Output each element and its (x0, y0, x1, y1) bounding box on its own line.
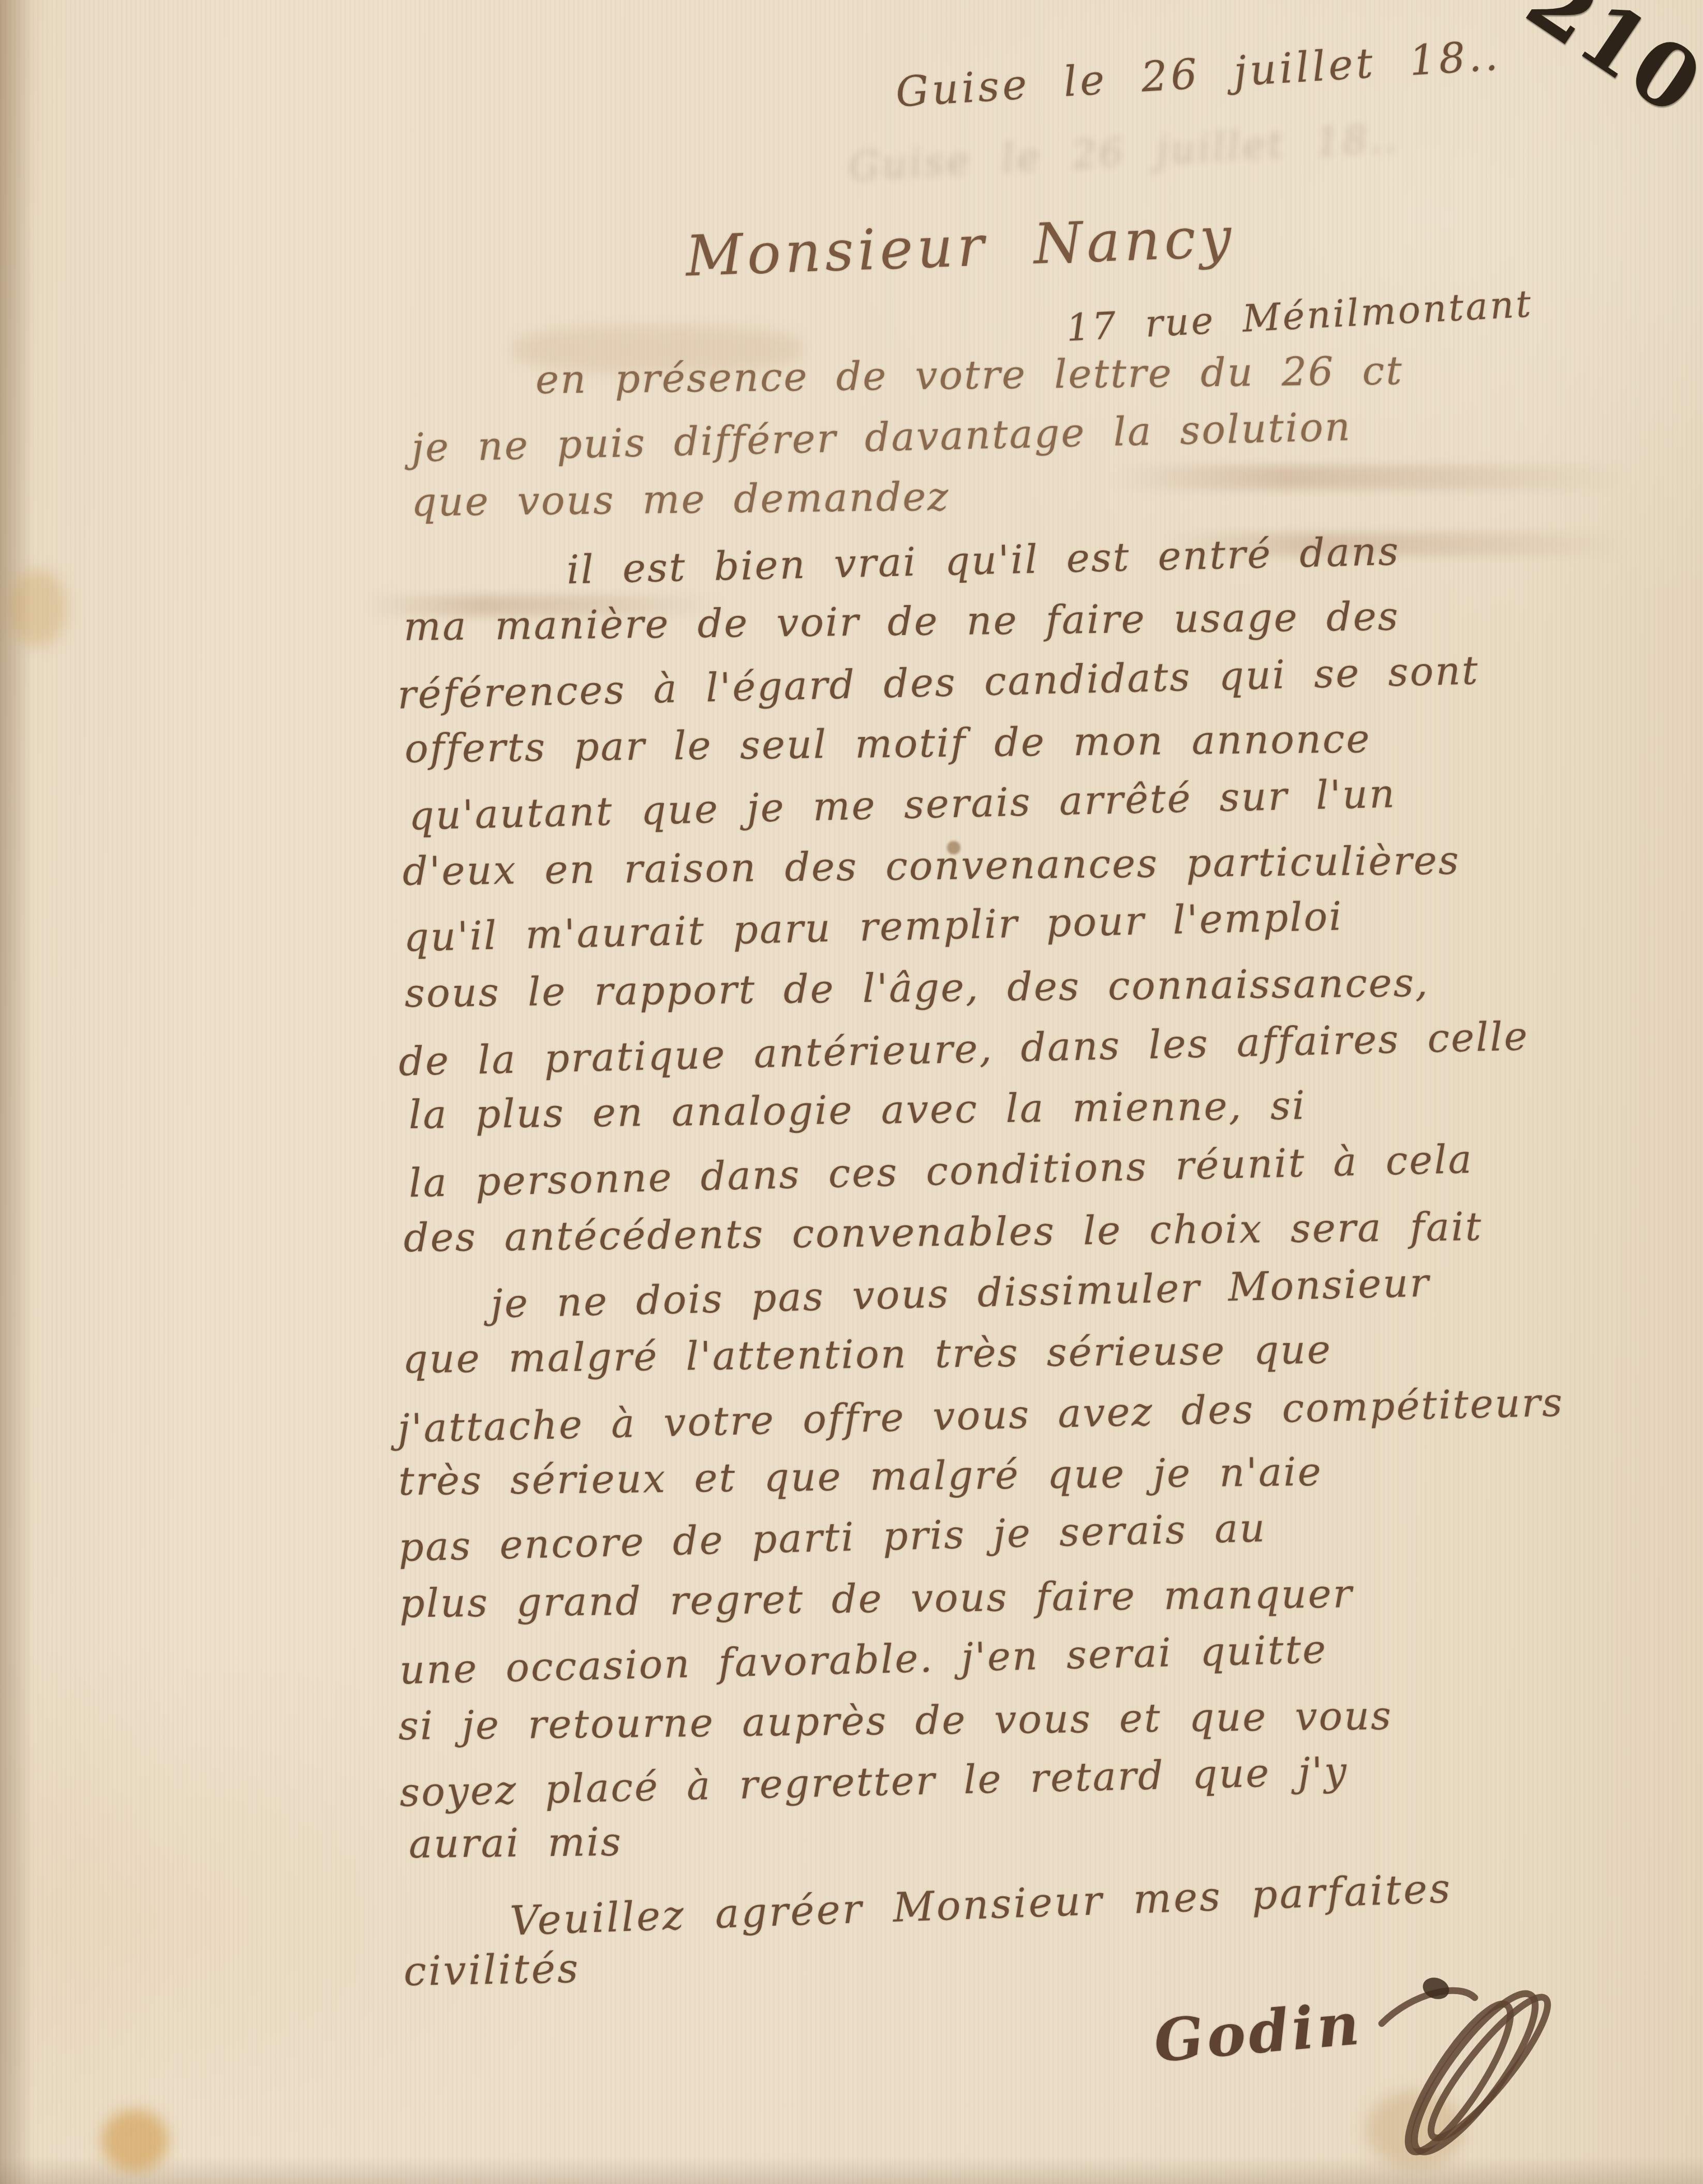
ink-showthrough (1113, 466, 1630, 490)
letter-line: je ne dois pas vous dissimuler Monsieur (490, 1259, 1430, 1326)
signature: Godin (1151, 1990, 1365, 2076)
letter-line: soyez placé à regretter le retard que j'… (399, 1748, 1349, 1816)
letter-line: qu'il m'aurait paru remplir pour l'emplo… (403, 893, 1343, 960)
letter-line: en présence de votre lettre du 26 ct (536, 347, 1404, 403)
letter-line: ma manière de voir de ne faire usage des (404, 593, 1400, 650)
letter-line: que malgré l'attention très sérieuse que (403, 1326, 1332, 1382)
ink-showthrough-dateline: Guise le 26 juillet 18.. (848, 116, 1400, 189)
folio-number-stamp: 210 (1509, 0, 1703, 135)
letter-line: j'attache à votre offre vous avez des co… (397, 1379, 1564, 1451)
letter-line: la plus en analogie avec la mienne, si (409, 1082, 1307, 1138)
dateline: Guise le 26 juillet 18.. (894, 31, 1502, 116)
letter-line: il est bien vrai qu'il est entré dans (566, 528, 1400, 593)
letter-line: offerts par le seul motif de mon annonce (405, 715, 1371, 772)
letter-line: des antécédents convenables le choix ser… (404, 1203, 1483, 1261)
letter-line: plus grand regret de vous faire manquer (399, 1570, 1354, 1626)
letter-line: je ne puis différer davantage la solutio… (411, 403, 1352, 470)
letter-line: une occasion favorable. j'en serai quitt… (399, 1626, 1328, 1693)
letter-line: aurai mis (409, 1819, 623, 1867)
recipient-address: 17 rue Ménilmontant (1065, 282, 1534, 349)
letter-line: pas encore de parti pris je serais au (398, 1504, 1267, 1570)
closing-line: Veuillez agréer Monsieur mes parfaites (509, 1865, 1453, 1945)
letter-line: si je retourne auprès de vous et que vou… (398, 1692, 1393, 1749)
letter-line: que vous me demandez (411, 474, 950, 525)
letter-line: d'eux en raison des convenances particul… (403, 837, 1461, 894)
letter-line: sous le rapport de l'âge, des connaissan… (405, 960, 1430, 1016)
letter-line: qu'autant que je me serais arrêté sur l'… (408, 770, 1397, 838)
scan-edge-shadow-bottom (0, 2156, 1703, 2184)
letter-line: de la pratique antérieure, dans les affa… (398, 1013, 1529, 1085)
letter-line: très sérieux et que malgré que je n'aie (398, 1449, 1323, 1504)
closing-line: civilités (403, 1945, 581, 1995)
letter-line: la personne dans ces conditions réunit à… (408, 1136, 1474, 1206)
scan-edge-shadow-left (0, 0, 33, 2184)
salutation: Monsieur Nancy (685, 205, 1236, 289)
letter-page: Guise le 26 juillet 18.. 210 Guise le 26… (0, 0, 1703, 2184)
letter-line: références à l'égard des candidats qui s… (397, 647, 1479, 717)
